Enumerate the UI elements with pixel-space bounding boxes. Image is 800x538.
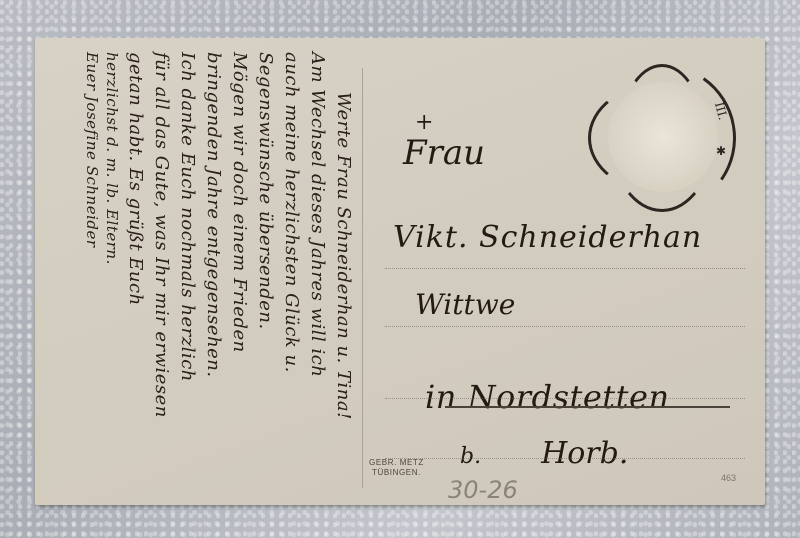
district-name: Horb.	[541, 436, 628, 471]
message-line: Werte Frau Schneiderhan u. Tina!	[330, 52, 356, 495]
handwritten-message: Werte Frau Schneiderhan u. Tina! Am Wech…	[35, 38, 362, 505]
printer-city: TÜBINGEN.	[369, 468, 424, 478]
message-line: getan habt. Es grüßt Euch	[122, 52, 148, 495]
message-area: Werte Frau Schneiderhan u. Tina! Am Wech…	[35, 38, 362, 505]
district-prefix: b.	[460, 444, 481, 469]
cross-mark: +	[415, 110, 433, 135]
address-salutation: Frau	[403, 133, 485, 173]
address-line	[385, 326, 745, 327]
postmark-ring	[618, 64, 706, 212]
address-status: Wittwe	[415, 288, 515, 321]
town-underline	[445, 406, 730, 408]
address-town: in Nordstetten	[425, 378, 670, 416]
pencil-note: 30-26	[448, 476, 518, 504]
card-number: 463	[721, 473, 736, 483]
message-line: Segenswünsche übersenden.	[252, 52, 278, 495]
postmark: III. ✱	[588, 64, 736, 212]
address-line	[385, 268, 745, 269]
message-line: bringenden Jahre entgegensehen.	[200, 52, 226, 495]
address-line	[385, 458, 745, 459]
message-line: Ich danke Euch nochmals herzlich	[174, 52, 200, 495]
printer-name: GEBR. METZ	[369, 458, 424, 468]
address-district: b.Horb.	[460, 436, 628, 471]
card-divider	[362, 68, 363, 488]
message-line: herzlichst d. m. lb. Eltern.	[102, 52, 122, 495]
message-line: Am Wechsel dieses Jahres will ich	[304, 52, 330, 495]
postmark-star-icon: ✱	[716, 144, 726, 158]
address-line	[385, 398, 745, 399]
postcard: Werte Frau Schneiderhan u. Tina! Am Wech…	[35, 38, 765, 505]
message-signature: Euer Josefine Schneider	[82, 52, 102, 495]
message-line: auch meine herzlichsten Glück u.	[278, 52, 304, 495]
printer-mark: GEBR. METZ TÜBINGEN.	[369, 458, 424, 478]
message-line: Mögen wir doch einem Frieden	[226, 52, 252, 495]
address-name: Vikt. Schneiderhan	[393, 220, 702, 255]
message-line: für all das Gute, was Ihr mir erwiesen	[148, 52, 174, 495]
